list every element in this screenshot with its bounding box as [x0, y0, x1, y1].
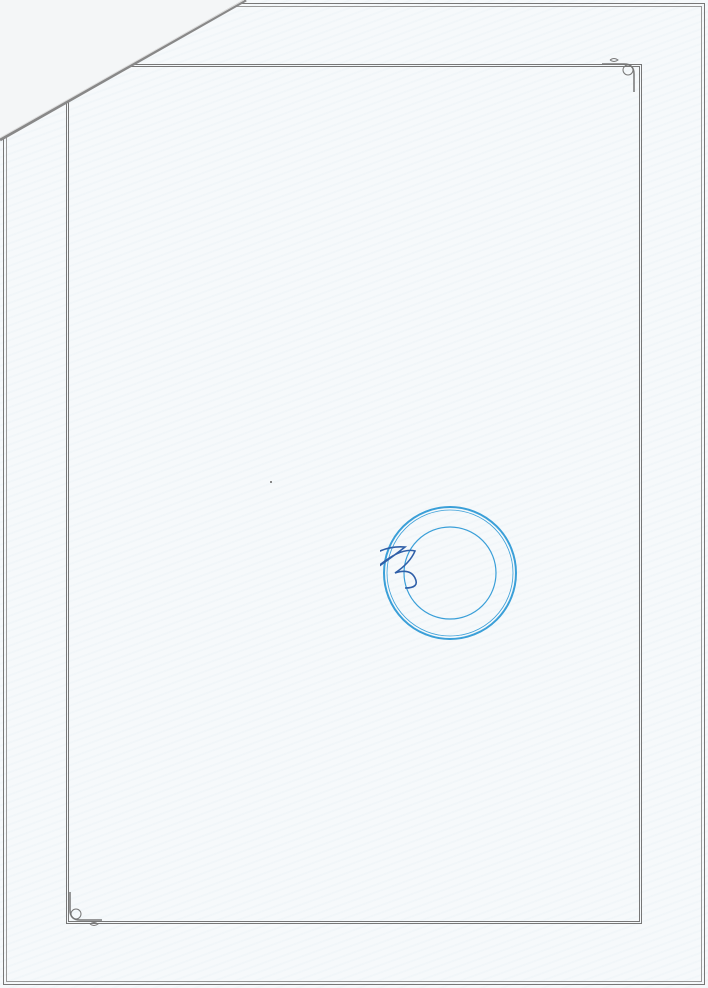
barcode: [105, 845, 245, 879]
corner-ornament-icon: [66, 890, 104, 928]
corner-ornament-icon: [600, 56, 638, 94]
certificate-page: [0, 0, 708, 988]
speck: [270, 481, 272, 483]
ornament-border-bottom: [8, 934, 700, 980]
ornament-border-left: [8, 8, 54, 980]
inner-frame: [66, 64, 642, 924]
organization-stamp: [380, 503, 520, 643]
ornament-border-right: [654, 8, 700, 980]
folded-corner: [0, 0, 260, 150]
